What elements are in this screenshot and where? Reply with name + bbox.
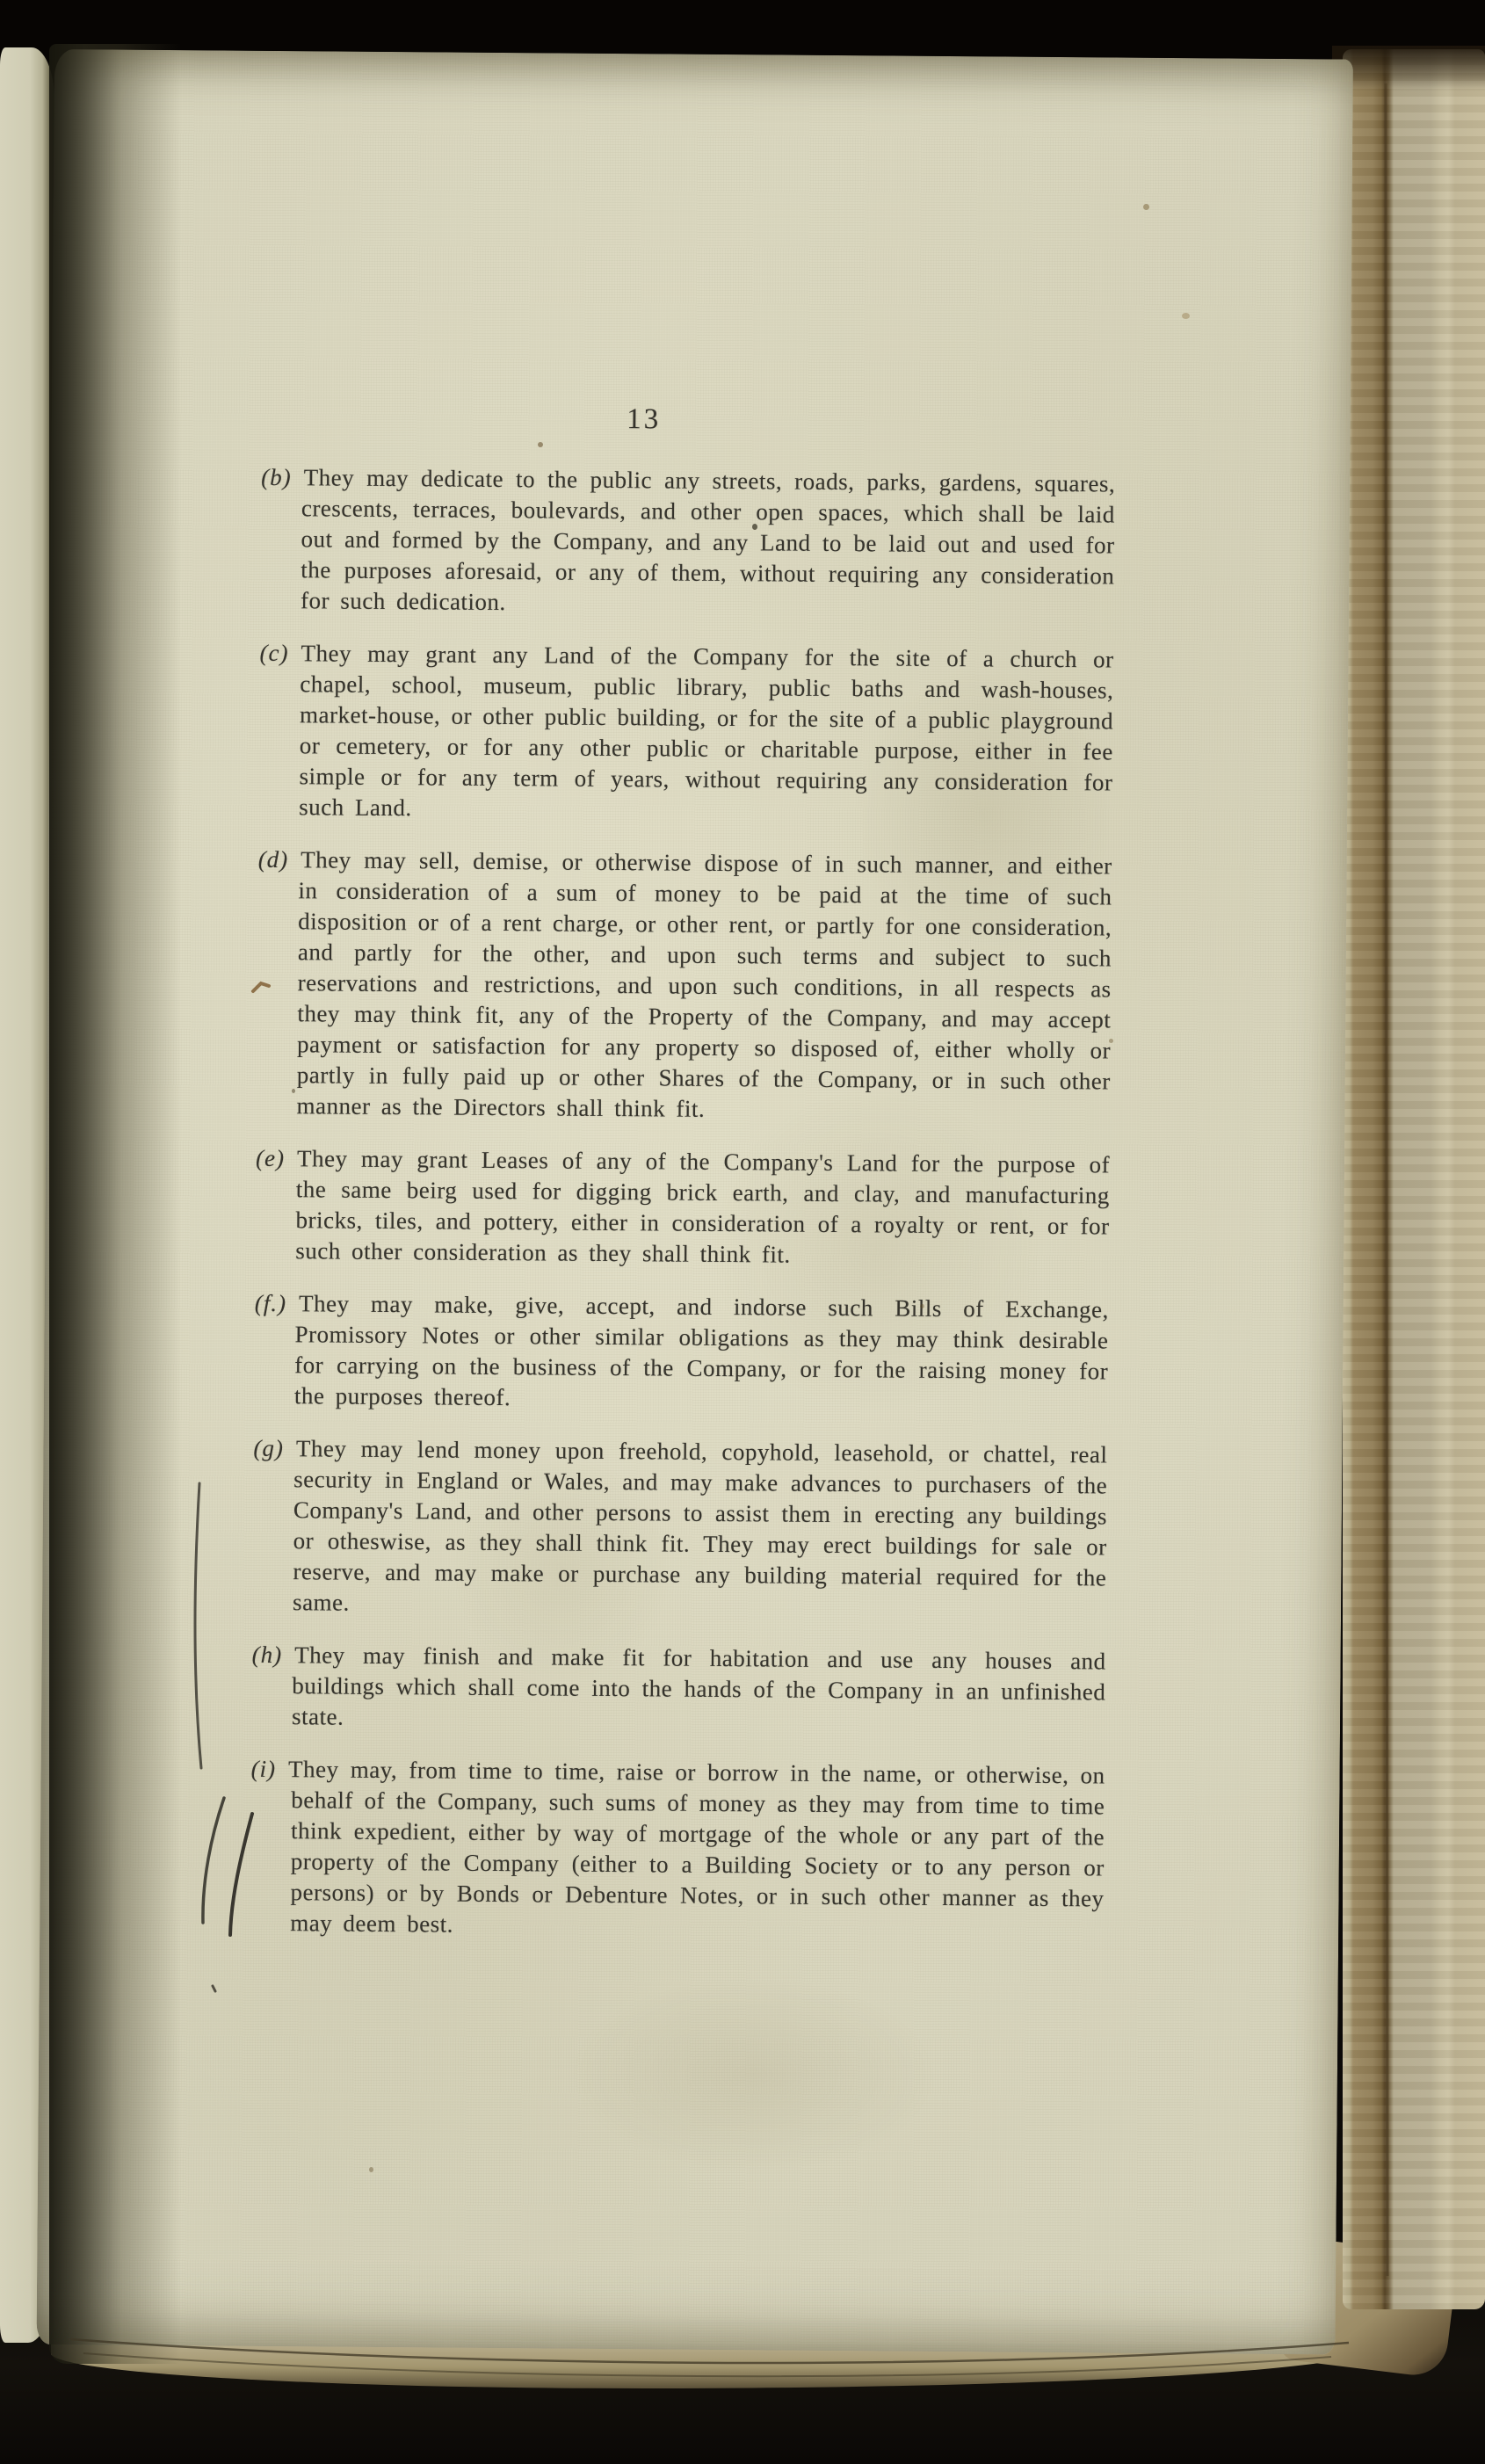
fore-edge-sheen bbox=[1343, 49, 1485, 2309]
page-number: 13 bbox=[565, 403, 723, 437]
clause-d-text: They may sell, demise, or otherwise disp… bbox=[296, 846, 1112, 1122]
clause-f-label: (f.) bbox=[255, 1290, 299, 1316]
clause-d: (d)They may sell, demise, or otherwise d… bbox=[256, 844, 1112, 1128]
top-edge-shadow bbox=[1332, 46, 1485, 91]
printed-text-layer: 13 (b)They may dedicate to the public an… bbox=[36, 49, 1352, 2355]
clause-h: (h)They may finish and make fit for habi… bbox=[251, 1640, 1106, 1739]
clause-g-text: They may lend money upon freehold, copyh… bbox=[293, 1435, 1108, 1615]
clause-i-label: (i) bbox=[251, 1756, 289, 1782]
clause-b-text: They may dedicate to the public any stre… bbox=[301, 464, 1115, 615]
clause-h-label: (h) bbox=[252, 1641, 295, 1668]
clause-i: (i)They may, from time to time, raise or… bbox=[250, 1754, 1105, 1946]
clause-b-label: (b) bbox=[261, 464, 304, 490]
clause-i-text: They may, from time to time, raise or bo… bbox=[288, 1756, 1105, 1937]
clause-d-label: (d) bbox=[258, 846, 301, 873]
clause-f: (f.)They may make, give, accept, and ind… bbox=[254, 1288, 1109, 1418]
scanned-book-photo: 13 (b)They may dedicate to the public an… bbox=[0, 0, 1485, 2464]
clause-h-text: They may finish and make fit for habitat… bbox=[292, 1641, 1106, 1729]
clause-b: (b)They may dedicate to the public any s… bbox=[260, 462, 1115, 623]
clause-f-text: They may make, give, accept, and indorse… bbox=[294, 1290, 1109, 1410]
clause-e: (e)They may grant Leases of any of the C… bbox=[255, 1143, 1110, 1273]
clause-e-text: They may grant Leases of any of the Comp… bbox=[295, 1145, 1110, 1267]
book-page: 13 (b)They may dedicate to the public an… bbox=[36, 49, 1352, 2355]
clause-c-text: They may grant any Land of the Company f… bbox=[299, 640, 1114, 821]
clause-list: (b)They may dedicate to the public any s… bbox=[250, 462, 1115, 1968]
clause-g: (g)They may lend money upon freehold, co… bbox=[252, 1433, 1108, 1625]
clause-e-label: (e) bbox=[256, 1145, 297, 1171]
clause-g-label: (g) bbox=[253, 1435, 296, 1461]
fore-edge-page-stack bbox=[1343, 49, 1485, 2309]
clause-c-label: (c) bbox=[259, 640, 301, 666]
clause-c: (c)They may grant any Land of the Compan… bbox=[258, 638, 1114, 830]
